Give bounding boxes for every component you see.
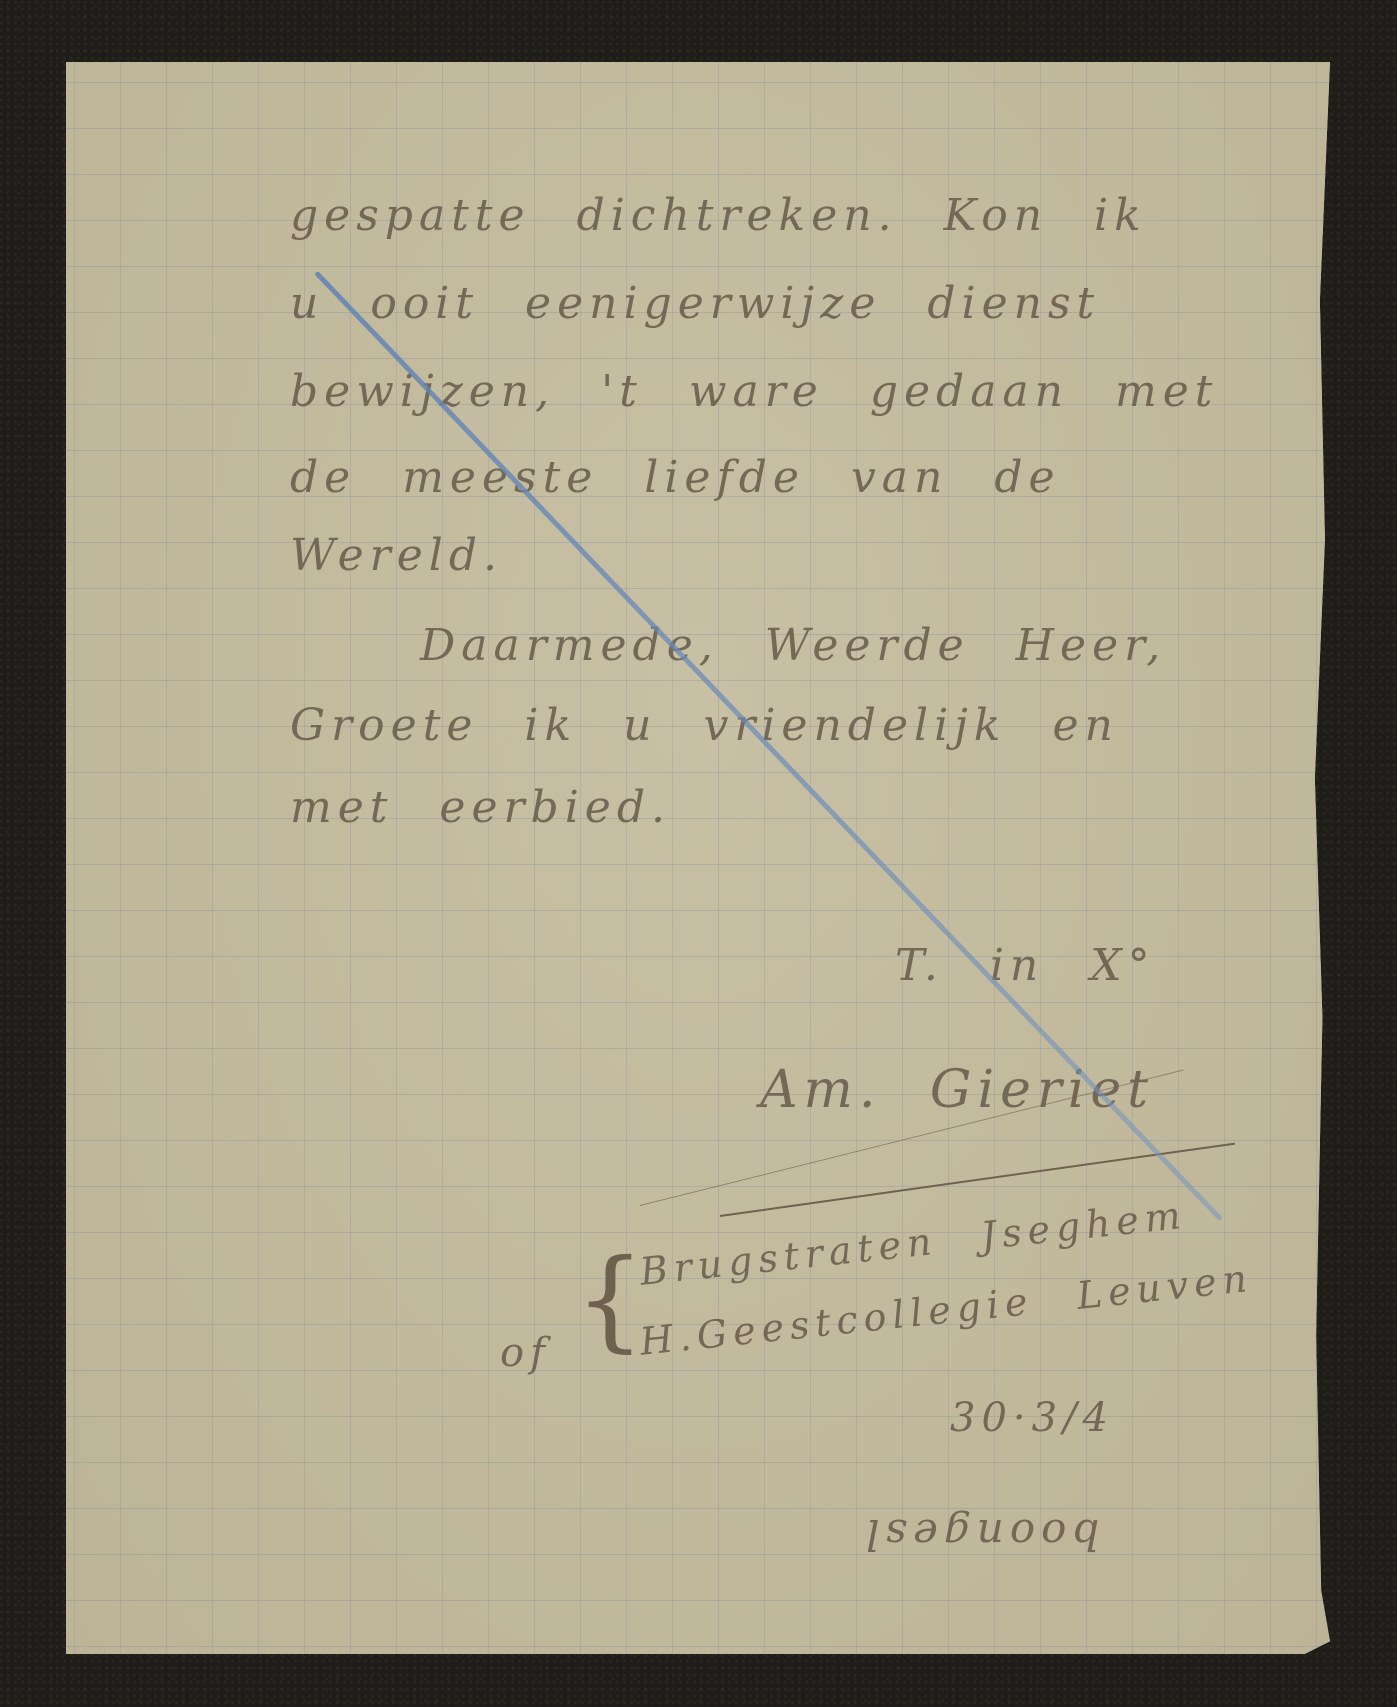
letter-line-1: gespatte dichtreken. Kon ik bbox=[290, 190, 1147, 241]
address-brace: { bbox=[575, 1235, 645, 1363]
letter-line-8: met eerbied. bbox=[290, 782, 671, 833]
address-prefix: of bbox=[500, 1330, 551, 1376]
letter-line-4: de meeste liefde van de bbox=[290, 452, 1061, 503]
letter-line-6: Daarmede, Weerde Heer, bbox=[420, 620, 1166, 671]
letter-line-7: Groete ik u vriendelijk en bbox=[290, 700, 1119, 751]
letter-line-2: u ooit eenigerwijze dienst bbox=[290, 278, 1100, 329]
closing-formula: T. in X° bbox=[895, 940, 1156, 991]
date-note: 30·3/4 bbox=[950, 1395, 1114, 1441]
upside-down-note: boongesl bbox=[860, 1510, 1099, 1559]
letter-line-5: Wereld. bbox=[290, 530, 503, 581]
